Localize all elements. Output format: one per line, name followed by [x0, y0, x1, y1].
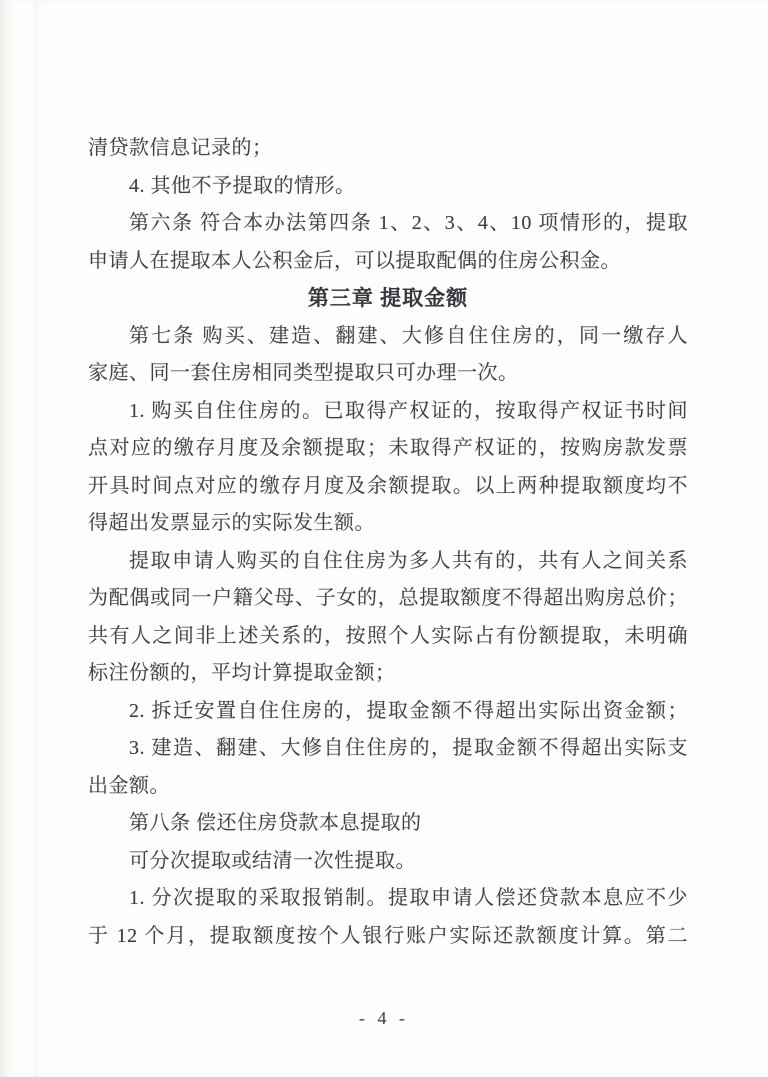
text-line: 于 12 个月，提取额度按个人银行账户实际还款额度计算。第二 [88, 918, 688, 956]
text-line: 提取申请人购买的自住住房为多人共有的，共有人之间关系 [88, 543, 688, 581]
text-line: 为配偶或同一户籍父母、子女的，总提取额度不得超出购房总价； [88, 580, 688, 618]
text-line: 共有人之间非上述关系的，按照个人实际占有份额提取，未明确 [88, 618, 688, 656]
text-line: 2. 拆迁安置自住住房的，提取金额不得超出实际出资金额； [88, 693, 688, 731]
text-line: 点对应的缴存月度及余额提取；未取得产权证的，按购房款发票 [88, 430, 688, 468]
text-line: 申请人在提取本人公积金后，可以提取配偶的住房公积金。 [88, 243, 688, 281]
chapter-heading: 第三章 提取金额 [88, 280, 688, 318]
text-line: 3. 建造、翻建、大修自住住房的，提取金额不得超出实际支 [88, 730, 688, 768]
text-line: 第六条 符合本办法第四条 1、2、3、4、10 项情形的，提取 [88, 205, 688, 243]
text-line: 清贷款信息记录的； [88, 130, 688, 168]
text-line: 4. 其他不予提取的情形。 [88, 168, 688, 206]
scan-edge-shadow [34, 0, 44, 1077]
page-number: - 4 - [0, 1008, 768, 1029]
document-page: 清贷款信息记录的；4. 其他不予提取的情形。第六条 符合本办法第四条 1、2、3… [0, 0, 768, 1077]
text-line: 1. 分次提取的采取报销制。提取申请人偿还贷款本息应不少 [88, 880, 688, 918]
text-line: 得超出发票显示的实际发生额。 [88, 505, 688, 543]
text-line: 家庭、同一套住房相同类型提取只可办理一次。 [88, 355, 688, 393]
text-line: 出金额。 [88, 768, 688, 806]
text-line: 第八条 偿还住房贷款本息提取的 [88, 805, 688, 843]
text-line: 开具时间点对应的缴存月度及余额提取。以上两种提取额度均不 [88, 468, 688, 506]
text-line: 可分次提取或结清一次性提取。 [88, 843, 688, 881]
text-lines: 清贷款信息记录的；4. 其他不予提取的情形。第六条 符合本办法第四条 1、2、3… [88, 130, 688, 955]
text-line: 第七条 购买、建造、翻建、大修自住住房的，同一缴存人 [88, 318, 688, 356]
text-line: 1. 购买自住住房的。已取得产权证的，按取得产权证书时间 [88, 393, 688, 431]
text-line: 标注份额的，平均计算提取金额； [88, 655, 688, 693]
